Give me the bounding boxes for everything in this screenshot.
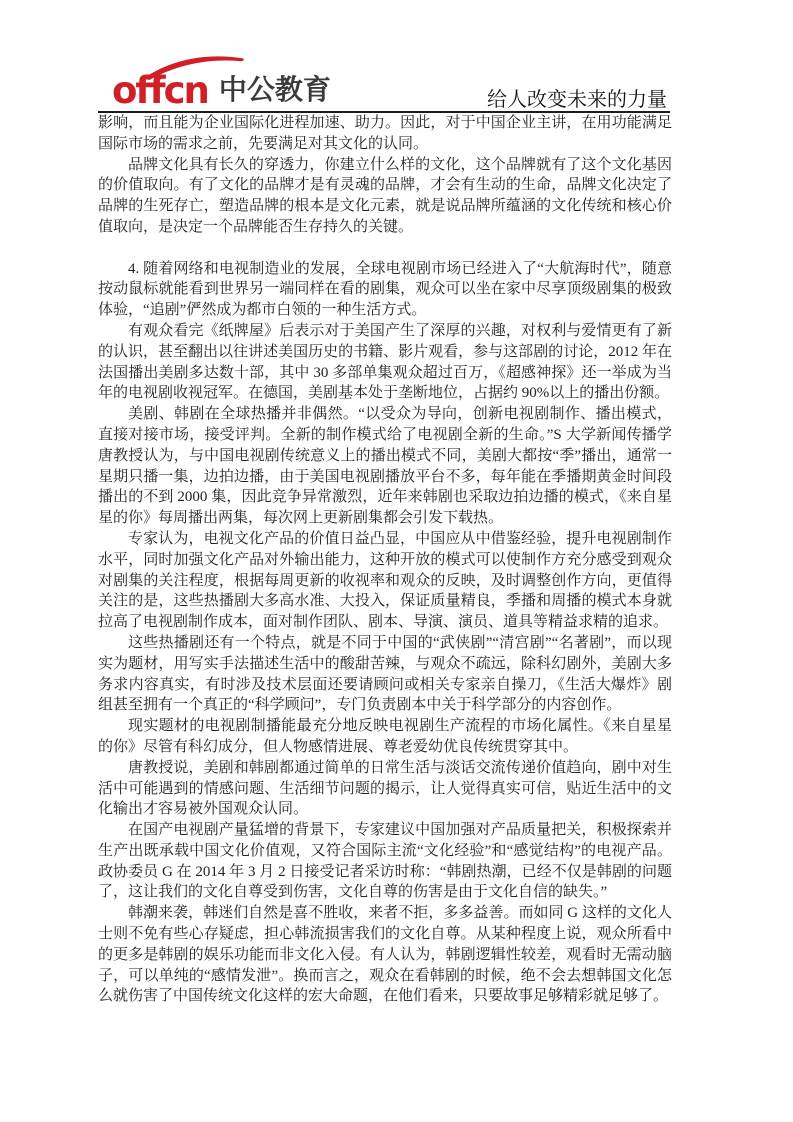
paragraph: 这些热播剧还有一个特点，就是不同于中国的“武侠剧”“清宫剧”“名著剧”，而以现实…	[98, 633, 672, 716]
paragraph: 有观众看完《纸牌屋》后表示对于美国产生了深厚的兴趣，对权利与爱情更有了新的认识，…	[98, 321, 672, 404]
paragraph: 4. 随着网络和电视制造业的发展，全球电视剧市场已经进入了“大航海时代”，随意按…	[98, 259, 672, 321]
paragraph: 品牌文化具有长久的穿透力，你建立什么样的文化，这个品牌就有了这个文化基因的价值取…	[98, 155, 672, 238]
offcn-wordmark: offcn	[112, 56, 208, 109]
paragraph: 专家认为，电视文化产品的价值日益凸显，中国应从中借鉴经验，提升电视剧制作水平，同…	[98, 529, 672, 633]
paragraph: 唐教授说，美剧和韩剧都通过简单的日常生活与淡话交流传递价值趋向，剧中对生活中可能…	[98, 758, 672, 820]
company-tagline: 给人改变未来的力量	[487, 88, 667, 112]
offcn-logo: offcn 中公教育	[112, 56, 331, 109]
paragraph: 美剧、韩剧在全球热播并非偶然。“以受众为导向，创新电视剧制作、播出模式，直接对接…	[98, 404, 672, 529]
paragraph: 韩潮来袭，韩迷们自然是喜不胜收，来者不拒，多多益善。而如同 G 这样的文化人士则…	[98, 903, 672, 1007]
brand-swoosh-icon	[142, 54, 246, 80]
paragraph: 影响，而且能为企业国际化进程加速、助力。因此，对于中国企业主讲，在用功能满足国际…	[98, 113, 672, 155]
paragraph: 在国产电视剧产量猛增的背景下，专家建议中国加强对产品质量把关，积极探索并生产出既…	[98, 820, 672, 903]
document-body: 影响，而且能为企业国际化进程加速、助力。因此，对于中国企业主讲，在用功能满足国际…	[98, 113, 672, 1007]
document-page: offcn 中公教育 给人改变未来的力量 影响，而且能为企业国际化进程加速、助力…	[0, 0, 793, 1122]
logo-chinese-name: 中公教育	[219, 75, 331, 109]
paragraph: 现实题材的电视剧制播能最充分地反映电视剧生产流程的市场化属性。《来自星星的你》尽…	[98, 716, 672, 758]
